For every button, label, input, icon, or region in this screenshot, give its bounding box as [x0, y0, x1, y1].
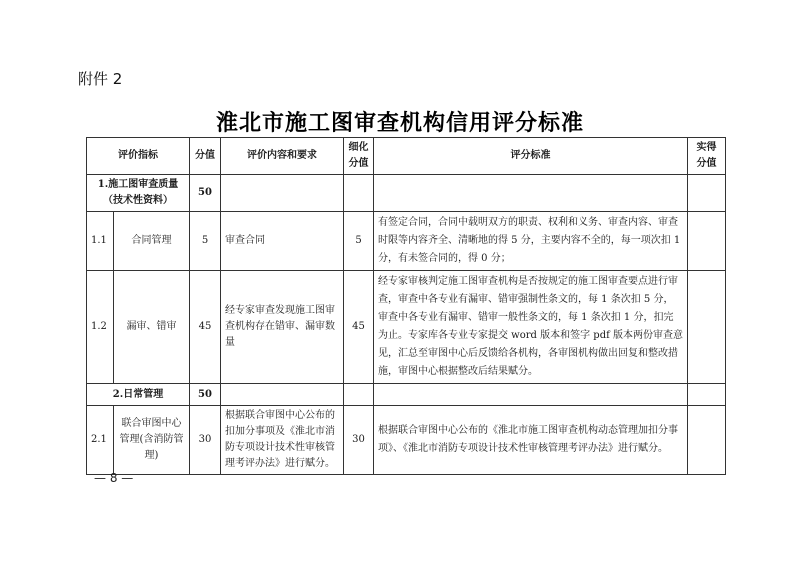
item-detail-score: 45	[344, 271, 374, 384]
document-title: 淮北市施工图审查机构信用评分标准	[0, 106, 800, 137]
header-actual-line1: 实得	[697, 142, 717, 153]
section-actual-cell	[688, 384, 726, 406]
header-content: 评价内容和要求	[221, 138, 344, 175]
item-number: 1.1	[87, 212, 114, 271]
item-score: 30	[190, 406, 221, 475]
item-criteria: 根据联合审图中心公布的《淮北市施工图审查机构动态管理加扣分事项》、《淮北市消防专…	[374, 406, 688, 475]
table-row: 1.1 合同管理 5 审查合同 5 有签定合同，合同中载明双方的职责、权利和义务…	[87, 212, 726, 271]
section-score: 50	[190, 384, 221, 406]
item-criteria: 有签定合同，合同中载明双方的职责、权利和义务、审查内容、审查时限等内容齐全、清晰…	[374, 212, 688, 271]
section-score: 50	[190, 175, 221, 212]
item-content: 经专家审查发现施工图审查机构存在错审、漏审数量	[221, 271, 344, 384]
item-name: 联合审图中心管理(含消防管理)	[114, 406, 190, 475]
item-number: 1.2	[87, 271, 114, 384]
page-number: — 8 —	[94, 471, 133, 485]
section-content-cell	[221, 175, 344, 212]
header-detail-score-line2: 分值	[349, 158, 369, 169]
attachment-label: 附件 2	[78, 68, 122, 89]
item-detail-score: 5	[344, 212, 374, 271]
section-title: 2.日常管理	[87, 384, 190, 406]
header-detail-score: 细化分值	[344, 138, 374, 175]
section-content-cell	[221, 384, 344, 406]
section-actual-cell	[688, 175, 726, 212]
item-content: 根据联合审图中心公布的扣加分事项及《淮北市消防专项设计技术性审核管理考评办法》进…	[221, 406, 344, 475]
header-actual-score: 实得分值	[688, 138, 726, 175]
item-score: 5	[190, 212, 221, 271]
table-header-row: 评价指标 分值 评价内容和要求 细化分值 评分标准 实得分值	[87, 138, 726, 175]
header-actual-line2: 分值	[697, 158, 717, 169]
scoring-table: 评价指标 分值 评价内容和要求 细化分值 评分标准 实得分值 1.施工图审查质量…	[86, 137, 726, 475]
section-detail-cell	[344, 175, 374, 212]
section-row: 1.施工图审查质量（技术性资料） 50	[87, 175, 726, 212]
item-number: 2.1	[87, 406, 114, 475]
item-actual-score[interactable]	[688, 212, 726, 271]
item-criteria: 经专家审核判定施工图审查机构是否按规定的施工图审查要点进行审查，审查中各专业有漏…	[374, 271, 688, 384]
section-detail-cell	[344, 384, 374, 406]
header-score: 分值	[190, 138, 221, 175]
item-detail-score: 30	[344, 406, 374, 475]
table-row: 2.1 联合审图中心管理(含消防管理) 30 根据联合审图中心公布的扣加分事项及…	[87, 406, 726, 475]
item-name: 合同管理	[114, 212, 190, 271]
section-title-line1: 1.施工图审查质量	[98, 179, 178, 190]
section-row: 2.日常管理 50	[87, 384, 726, 406]
item-actual-score[interactable]	[688, 271, 726, 384]
section-title: 1.施工图审查质量（技术性资料）	[87, 175, 190, 212]
section-criteria-cell	[374, 175, 688, 212]
item-name: 漏审、错审	[114, 271, 190, 384]
item-score: 45	[190, 271, 221, 384]
section-title-line2: （技术性资料）	[103, 195, 173, 206]
section-criteria-cell	[374, 384, 688, 406]
item-actual-score[interactable]	[688, 406, 726, 475]
item-content: 审查合同	[221, 212, 344, 271]
header-criteria: 评分标准	[374, 138, 688, 175]
header-detail-score-line1: 细化	[349, 142, 369, 153]
header-indicator: 评价指标	[87, 138, 190, 175]
table-row: 1.2 漏审、错审 45 经专家审查发现施工图审查机构存在错审、漏审数量 45 …	[87, 271, 726, 384]
